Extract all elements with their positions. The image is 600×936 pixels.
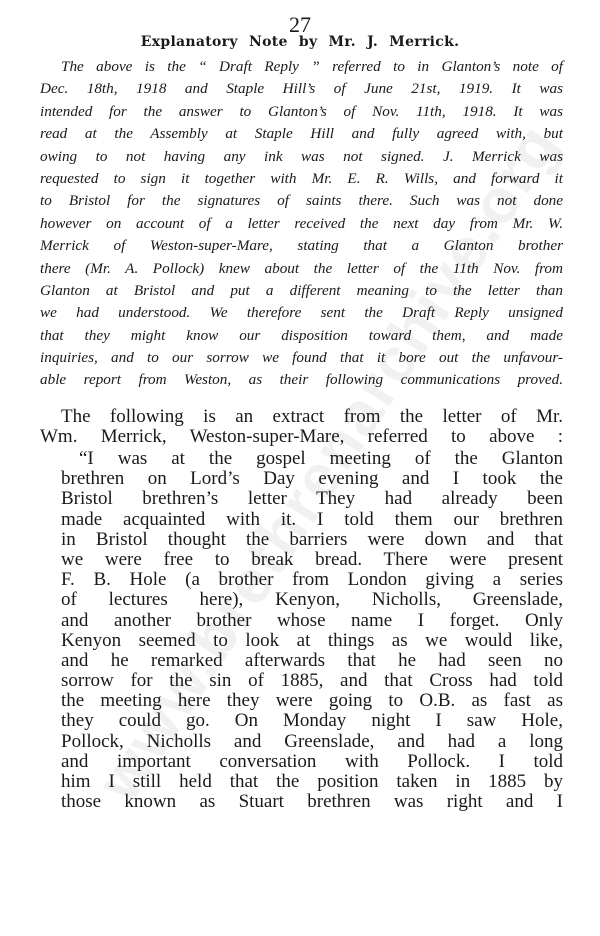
intro-line: Wm. Merrick, Weston-super-Mare, referred… xyxy=(40,427,563,447)
section-title: Explanatory Note by Mr. J. Merrick. xyxy=(0,34,600,50)
quote-line: they could go. On Monday night I saw Hol… xyxy=(61,711,563,731)
quote-line: brethren on Lord’s Day evening and I too… xyxy=(61,469,563,489)
quote-line: the meeting here they were going to O.B.… xyxy=(61,691,563,711)
note-line: inquiries, and to our sorrow we found th… xyxy=(40,347,563,369)
note-line: there (Mr. A. Pollock) knew about the le… xyxy=(40,258,563,280)
note-line: requested to sign it together with Mr. E… xyxy=(40,168,563,190)
note-line: read at the Assembly at Staple Hill and … xyxy=(40,123,563,145)
note-line: Dec. 18th, 1918 and Staple Hill’s of Jun… xyxy=(40,78,563,100)
note-line: that they might know our disposition tow… xyxy=(40,325,563,347)
note-line: owing to not having any ink was not sign… xyxy=(40,146,563,168)
quote-line: made acquainted with it. I told them our… xyxy=(61,510,563,530)
quote-line: those known as Stuart brethren was right… xyxy=(61,792,563,812)
quote-line: sorrow for the sin of 1885, and that Cro… xyxy=(61,671,563,691)
note-line: we had understood. We therefore sent the… xyxy=(40,302,563,324)
note-line: Glanton at Bristol and put a different m… xyxy=(40,280,563,302)
quote-line: we were free to break bread. There were … xyxy=(61,550,563,570)
intro-paragraph: The following is an extract from the let… xyxy=(40,407,563,447)
document-page: www.brethrenarchive.org 27 Explanatory N… xyxy=(0,0,600,936)
quote-line: in Bristol thought the barriers were dow… xyxy=(61,530,563,550)
letter-quote: “I was at the gospel meeting of the Glan… xyxy=(61,449,563,812)
note-line: however on account of a letter received … xyxy=(40,213,563,235)
quote-line: F. B. Hole (a brother from London giving… xyxy=(61,570,563,590)
quote-line: and another brother whose name I forget.… xyxy=(61,611,563,631)
explanatory-note: The above is the “ Draft Reply ” referre… xyxy=(40,56,563,392)
quote-line: him I still held that the position taken… xyxy=(61,772,563,792)
note-line: able report from Weston, as their follow… xyxy=(40,369,563,391)
quote-line: and important conversation with Pollock.… xyxy=(61,752,563,772)
quote-line: Kenyon seemed to look at things as we wo… xyxy=(61,631,563,651)
note-line: The above is the “ Draft Reply ” referre… xyxy=(40,56,563,78)
quote-line: and he remarked afterwards that he had s… xyxy=(61,651,563,671)
note-line: to Bristol for the signatures of saints … xyxy=(40,190,563,212)
quote-line: Bristol brethren’s letter They had alrea… xyxy=(61,489,563,509)
note-line: intended for the answer to Glanton’s of … xyxy=(40,101,563,123)
quote-line: “I was at the gospel meeting of the Glan… xyxy=(61,449,563,469)
intro-line: The following is an extract from the let… xyxy=(40,407,563,427)
quote-line: of lectures here), Kenyon, Nicholls, Gre… xyxy=(61,590,563,610)
note-line: Merrick of Weston-super-Mare, stating th… xyxy=(40,235,563,257)
quote-line: Pollock, Nicholls and Greenslade, and ha… xyxy=(61,732,563,752)
